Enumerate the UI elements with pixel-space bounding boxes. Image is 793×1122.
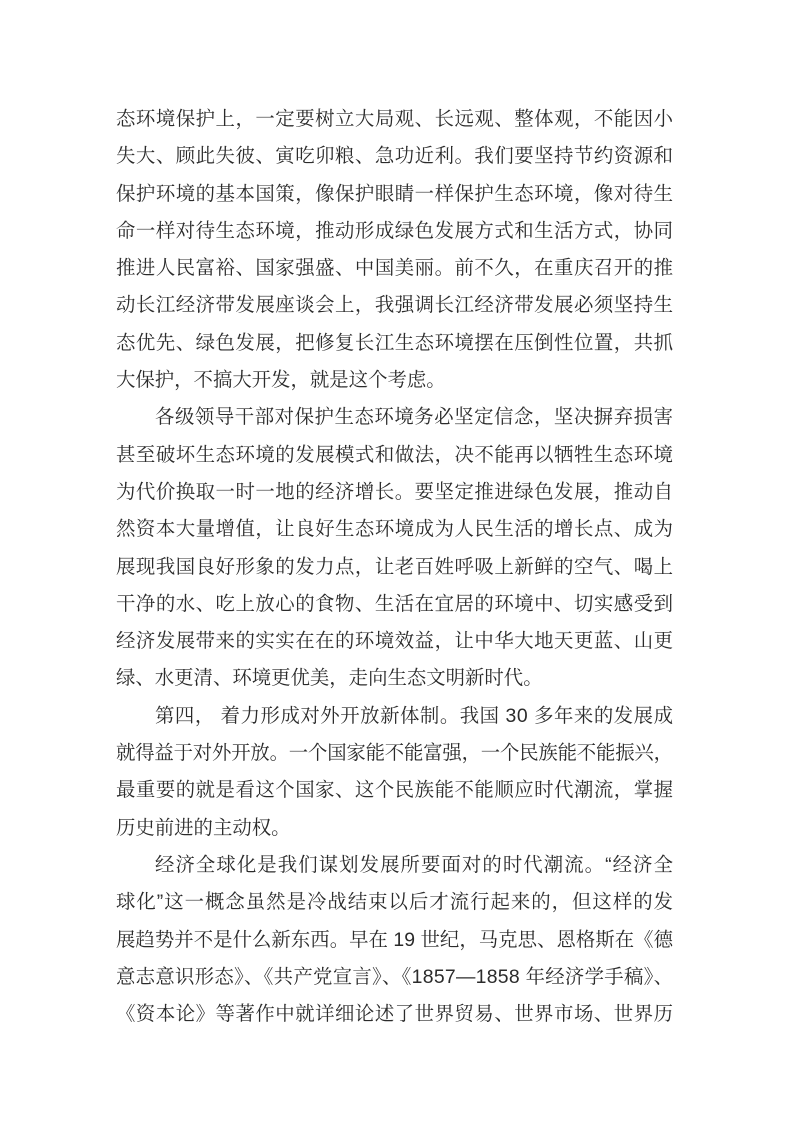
text-line: 历史前进的主动权。 xyxy=(116,810,673,847)
text-line-content: 历史前进的主动权。 xyxy=(116,810,291,847)
text-line-content: 然资本大量增值，让良好生态环境成为人民生活的增长点、成为 xyxy=(116,511,674,548)
text-line-content: 为代价换取一时一地的经济增长。要坚定推进绿色发展，推动自 xyxy=(116,474,674,511)
paragraph-3: 第四， 着力形成对外开放新体制。我国 30 多年来的发展成就得益于对外开放。一个… xyxy=(116,698,673,847)
text-line-content: 大保护，不搞大开发，就是这个考虑。 xyxy=(116,362,446,399)
text-line: 展现我国良好形象的发力点，让老百姓呼吸上新鲜的空气、喝上 xyxy=(116,549,673,586)
text-line-content: 展现我国良好形象的发力点，让老百姓呼吸上新鲜的空气、喝上 xyxy=(116,549,674,586)
text-line-content: 第四， 着力形成对外开放新体制。我国 30 多年来的发展成 xyxy=(155,698,674,735)
document-body: 态环境保护上，一定要树立大局观、长远观、整体观，不能因小失大、顾此失彼、寅吃卯粮… xyxy=(116,101,673,1033)
text-line: 经济发展带来的实实在在的环境效益，让中华大地天更蓝、山更 xyxy=(116,623,673,660)
text-line-content: 意志意识形态》、《共产党宣言》、《1857—1858 年经济学手稿》、 xyxy=(116,959,673,996)
text-line: 最重要的就是看这个国家、这个民族能不能顺应时代潮流，掌握 xyxy=(116,772,673,809)
paragraph-1: 态环境保护上，一定要树立大局观、长远观、整体观，不能因小失大、顾此失彼、寅吃卯粮… xyxy=(116,101,673,399)
text-line-content: 态优先、绿色发展，把修复长江生态环境摆在压倒性位置，共抓 xyxy=(116,325,674,362)
text-line-content: 球化”这一概念虽然是冷战结束以后才流行起来的，但这样的发 xyxy=(116,884,674,921)
text-line: 各级领导干部对保护生态环境务必坚定信念，坚决摒弃损害 xyxy=(116,399,673,436)
text-line-content: 甚至破坏生态环境的发展模式和做法，决不能再以牺牲生态环境 xyxy=(116,437,674,474)
text-line: 失大、顾此失彼、寅吃卯粮、急功近利。我们要坚持节约资源和 xyxy=(116,138,673,175)
text-line-content: 动长江经济带发展座谈会上，我强调长江经济带发展必须坚持生 xyxy=(116,287,674,324)
text-line: 命一样对待生态环境，推动形成绿色发展方式和生活方式，协同 xyxy=(116,213,673,250)
text-line: 就得益于对外开放。一个国家能不能富强，一个民族能不能振兴， xyxy=(116,735,673,772)
text-line: 绿、水更清、环境更优美，走向生态文明新时代。 xyxy=(116,660,673,697)
text-line-content: 就得益于对外开放。一个国家能不能富强，一个民族能不能振兴， xyxy=(116,735,673,772)
text-line-content: 命一样对待生态环境，推动形成绿色发展方式和生活方式，协同 xyxy=(116,213,674,250)
text-line: 干净的水、吃上放心的食物、生活在宜居的环境中、切实感受到 xyxy=(116,586,673,623)
text-line: 推进人民富裕、国家强盛、中国美丽。前不久，在重庆召开的推 xyxy=(116,250,673,287)
document-page: 态环境保护上，一定要树立大局观、长远观、整体观，不能因小失大、顾此失彼、寅吃卯粮… xyxy=(0,0,793,1122)
text-line: 第四， 着力形成对外开放新体制。我国 30 多年来的发展成 xyxy=(116,698,673,735)
text-line-content: 保护环境的基本国策，像保护眼睛一样保护生态环境，像对待生 xyxy=(116,176,674,213)
text-line: 保护环境的基本国策，像保护眼睛一样保护生态环境，像对待生 xyxy=(116,176,673,213)
text-line: 《资本论》等著作中就详细论述了世界贸易、世界市场、世界历 xyxy=(116,996,673,1033)
text-line: 态环境保护上，一定要树立大局观、长远观、整体观，不能因小 xyxy=(116,101,673,138)
text-line-content: 干净的水、吃上放心的食物、生活在宜居的环境中、切实感受到 xyxy=(116,586,674,623)
text-line-content: 展趋势并不是什么新东西。早在 19 世纪，马克思、恩格斯在《德 xyxy=(116,922,673,959)
text-line: 经济全球化是我们谋划发展所要面对的时代潮流。“经济全 xyxy=(116,847,673,884)
text-line-content: 推进人民富裕、国家强盛、中国美丽。前不久，在重庆召开的推 xyxy=(116,250,674,287)
text-line-content: 最重要的就是看这个国家、这个民族能不能顺应时代潮流，掌握 xyxy=(116,772,674,809)
text-line-content: 态环境保护上，一定要树立大局观、长远观、整体观，不能因小 xyxy=(116,101,674,138)
text-line-content: 经济全球化是我们谋划发展所要面对的时代潮流。“经济全 xyxy=(155,847,674,884)
text-line: 为代价换取一时一地的经济增长。要坚定推进绿色发展，推动自 xyxy=(116,474,673,511)
paragraph-2: 各级领导干部对保护生态环境务必坚定信念，坚决摒弃损害甚至破坏生态环境的发展模式和… xyxy=(116,399,673,697)
text-line-content: 绿、水更清、环境更优美，走向生态文明新时代。 xyxy=(116,660,543,697)
text-line-content: 各级领导干部对保护生态环境务必坚定信念，坚决摒弃损害 xyxy=(155,399,674,436)
text-line: 甚至破坏生态环境的发展模式和做法，决不能再以牺牲生态环境 xyxy=(116,437,673,474)
text-line: 大保护，不搞大开发，就是这个考虑。 xyxy=(116,362,673,399)
text-line: 态优先、绿色发展，把修复长江生态环境摆在压倒性位置，共抓 xyxy=(116,325,673,362)
text-line: 球化”这一概念虽然是冷战结束以后才流行起来的，但这样的发 xyxy=(116,884,673,921)
text-line-content: 《资本论》等著作中就详细论述了世界贸易、世界市场、世界历 xyxy=(116,996,674,1033)
text-line: 然资本大量增值，让良好生态环境成为人民生活的增长点、成为 xyxy=(116,511,673,548)
text-line-content: 失大、顾此失彼、寅吃卯粮、急功近利。我们要坚持节约资源和 xyxy=(116,138,674,175)
text-line: 展趋势并不是什么新东西。早在 19 世纪，马克思、恩格斯在《德 xyxy=(116,922,673,959)
text-line: 动长江经济带发展座谈会上，我强调长江经济带发展必须坚持生 xyxy=(116,287,673,324)
paragraph-4: 经济全球化是我们谋划发展所要面对的时代潮流。“经济全球化”这一概念虽然是冷战结束… xyxy=(116,847,673,1033)
text-line-content: 经济发展带来的实实在在的环境效益，让中华大地天更蓝、山更 xyxy=(116,623,674,660)
text-line: 意志意识形态》、《共产党宣言》、《1857—1858 年经济学手稿》、 xyxy=(116,959,673,996)
